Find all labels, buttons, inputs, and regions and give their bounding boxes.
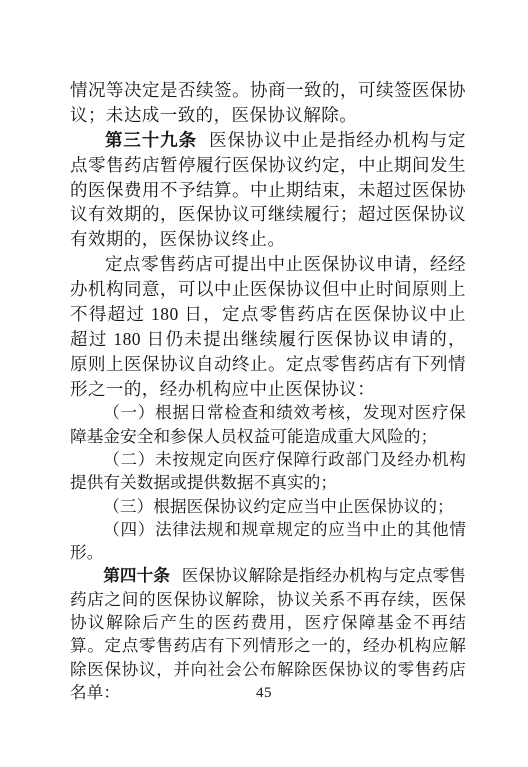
article-39-number: 第三十九条: [105, 130, 197, 150]
clause-item-3: （三）根据医保协议约定应当中止医保协议的；: [70, 495, 466, 518]
paragraph-text: 医保协议解除是指经办机构与定点零售药店之间的医保协议解除，协议关系不再存续，医保…: [70, 566, 466, 701]
paragraph-suspension-request: 定点零售药店可提出中止医保协议申请，经经办机构同意，可以中止医保协议但中止时间原…: [70, 252, 466, 401]
paragraph-text: （三）根据医保协议约定应当中止医保协议的；: [103, 497, 454, 516]
document-body: 情况等决定是否续签。协商一致的，可续签医保协议；未达成一致的，医保协议解除。 第…: [70, 78, 466, 704]
paragraph-article-39: 第三十九条医保协议中止是指经办机构与定点零售药店暂停履行医保协议约定，中止期间发…: [70, 128, 466, 252]
paragraph-continuation: 情况等决定是否续签。协商一致的，可续签医保协议；未达成一致的，医保协议解除。: [70, 78, 466, 128]
document-page: 情况等决定是否续签。协商一致的，可续签医保协议；未达成一致的，医保协议解除。 第…: [0, 0, 528, 767]
article-40-number: 第四十条: [103, 566, 170, 585]
paragraph-text: 定点零售药店可提出中止医保协议申请，经经办机构同意，可以中止医保协议但中止时间原…: [70, 254, 466, 398]
clause-item-4: （四）法律法规和规章规定的应当中止的其他情形。: [70, 518, 466, 565]
paragraph-text: （一）根据日常检查和绩效考核，发现对医疗保障基金安全和参保人员权益可能造成重大风…: [70, 403, 466, 445]
paragraph-text: （二）未按规定向医疗保障行政部门及经办机构提供有关数据或提供数据不真实的；: [70, 450, 466, 492]
paragraph-article-40: 第四十条医保协议解除是指经办机构与定点零售药店之间的医保协议解除，协议关系不再存…: [70, 564, 466, 704]
paragraph-text: （四）法律法规和规章规定的应当中止的其他情形。: [70, 520, 466, 562]
clause-item-1: （一）根据日常检查和绩效考核，发现对医疗保障基金安全和参保人员权益可能造成重大风…: [70, 401, 466, 448]
clause-item-2: （二）未按规定向医疗保障行政部门及经办机构提供有关数据或提供数据不真实的；: [70, 448, 466, 495]
paragraph-text: 情况等决定是否续签。协商一致的，可续签医保协议；未达成一致的，医保协议解除。: [70, 80, 466, 125]
page-number: 45: [0, 685, 528, 702]
